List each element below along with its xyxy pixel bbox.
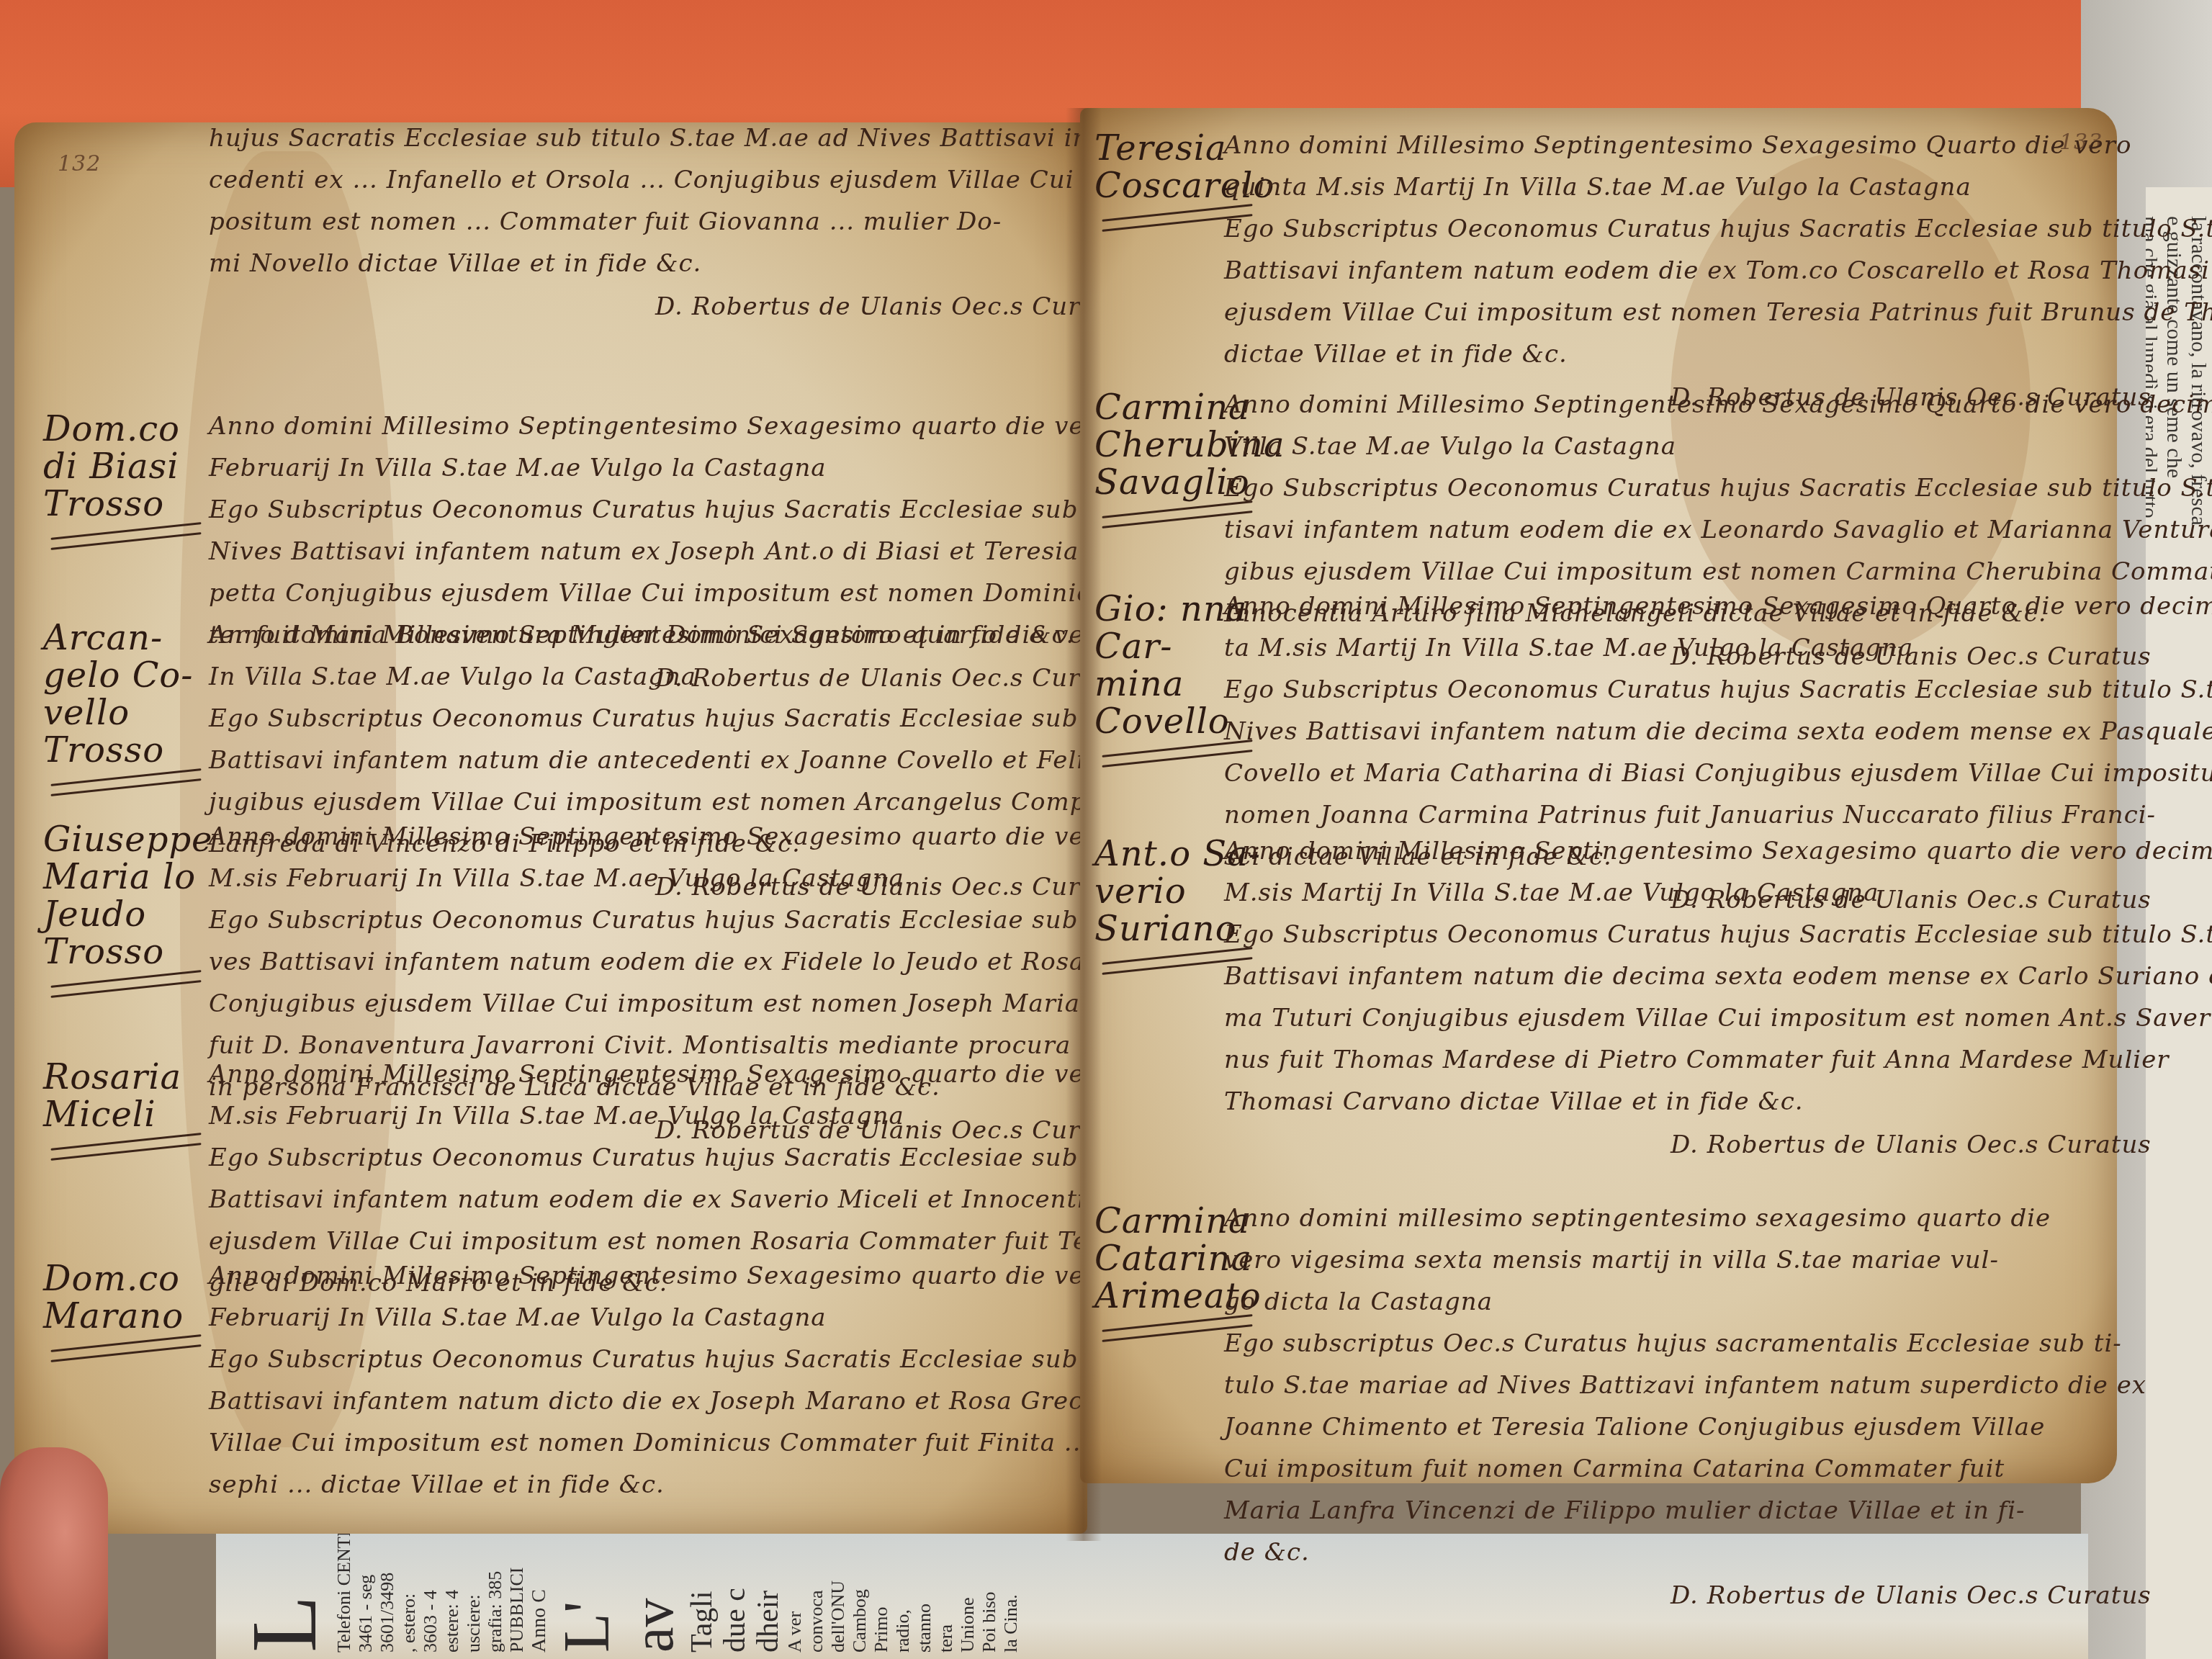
page-number: 132 [58, 151, 101, 176]
margin-name: Dom.coMarano [43, 1260, 184, 1335]
newspaper-fragment: L' [550, 1601, 624, 1653]
margin-divider-rule [50, 970, 201, 988]
entry-line: ma Tuturi Conjugibus ejusdem Villae Cui … [1224, 1002, 2212, 1034]
newspaper-fragment: Telefoni CENTRAL [333, 1534, 355, 1653]
entry-text: Anno domini Millesimo Septingentesimo Se… [1224, 130, 2212, 380]
newspaper-fragment: usciere: [463, 1594, 485, 1653]
register-page-left: 132 hujus Sacratis Ecclesiae sub titulo … [14, 122, 1087, 1534]
margin-name-line: gelo Co- [43, 657, 193, 694]
register-page-right: 133 TeresiaCoscareloAnno domini Millesim… [1080, 108, 2117, 1483]
holding-finger [0, 1447, 108, 1659]
entry-line: ta M.sis Martij In Villa S.tae M.ae Vulg… [1224, 632, 2212, 664]
entry-line: Ego Subscriptus Oeconomus Curatus hujus … [1224, 919, 2212, 950]
margin-name-line: Maria lo [43, 858, 213, 896]
entry-line: Anno domini Millesimo Septingentesimo Se… [1224, 130, 2212, 161]
margin-divider-rule [50, 522, 201, 540]
newspaper-fragment: due c [718, 1588, 752, 1653]
margin-name-line: Trosso [43, 485, 180, 523]
curate-signature: D. Robertus de Ulanis Oec.s Curatus [655, 292, 1136, 321]
entry-line: Ego Subscriptus Oeconomus Curatus hujus … [1224, 213, 2212, 245]
margin-name-line: Dom.co [43, 410, 180, 448]
entry-line: Battisavi infantem natum die decima sext… [1224, 961, 2212, 992]
entry-line: Anno domini Millesimo Septingentesimo Se… [1224, 590, 2212, 622]
newspaper-fragment: Anno C [528, 1589, 551, 1653]
margin-name: Dom.codi BiasiTrosso [43, 410, 180, 523]
entry-line: Battisavi infantem natum eodem die ex To… [1224, 255, 2212, 287]
entry-line: Anno domini millesimo septingentesimo se… [1224, 1202, 2146, 1234]
newspaper-fragment: la Cina. [1000, 1594, 1022, 1653]
newspaper-fragment: Primo [871, 1606, 892, 1653]
newspaper-fragment: convoca [806, 1590, 827, 1653]
entry-line: Ego subscriptus Oec.s Curatus hujus sacr… [1224, 1328, 2146, 1359]
entry-line: M.sis Martij In Villa S.tae M.ae Vulgo l… [1224, 877, 2212, 909]
entry-line: nus fuit Thomas Mardese di Pietro Commat… [1224, 1044, 2212, 1076]
margin-name: Arcan-gelo Co-velloTrosso [43, 619, 193, 769]
entry-text: Anno domini millesimo septingentesimo se… [1224, 1202, 2146, 1578]
margin-name-line: Jeudo [43, 896, 213, 933]
entry-line: Nives Battisavi infantem natum die decim… [1224, 716, 2212, 747]
newspaper-fragment: 3601/3498 [377, 1573, 398, 1653]
entry-line: Thomasi Carvano dictae Villae et in fide… [1224, 1086, 2212, 1118]
margin-name-line: Dom.co [43, 1260, 184, 1298]
curate-signature: D. Robertus de Ulanis Oec.s Curatus [1671, 1581, 2152, 1610]
entry-line: de &c. [1224, 1537, 2146, 1568]
margin-divider-rule [50, 1334, 201, 1352]
newspaper-fragment: dheir [751, 1591, 786, 1653]
entry-line: Ego Subscriptus Oeconomus Curatus hujus … [1224, 472, 2212, 504]
margin-name-line: Arcan- [43, 619, 193, 657]
margin-name-line: vello [43, 694, 193, 732]
newspaper-fragment: dell'ONU [827, 1581, 849, 1653]
book-gutter [1066, 108, 1102, 1541]
margin-name-line: di Biasi [43, 448, 180, 485]
newspaper-fragment: 3461 - seg [355, 1575, 377, 1653]
newspaper-fragment: Unione [957, 1597, 979, 1653]
entry-text: Anno domini Millesimo Septingentesimo Se… [1224, 835, 2212, 1128]
entry-line: tisavi infantem natum eodem die ex Leona… [1224, 514, 2212, 546]
newspaper-fragment: Tagli [685, 1591, 719, 1653]
entry-line: dictae Villae et in fide &c. [1224, 338, 2212, 370]
newspaper-fragment: A ver [784, 1611, 806, 1653]
entry-line: gibus ejusdem Villae Cui impositum est n… [1224, 556, 2212, 588]
margin-divider-rule [50, 1133, 201, 1151]
margin-name-line: Rosaria [43, 1058, 181, 1096]
margin-name: RosariaMiceli [43, 1058, 181, 1133]
entry-line: tulo S.tae mariae ad Nives Battizavi inf… [1224, 1370, 2146, 1401]
newspaper-fragment: grafia: 385 [485, 1571, 506, 1653]
entry-line: Ego Subscriptus Oeconomus Curatus hujus … [1224, 674, 2212, 706]
entry-line: Joanne Chimento et Teresia Talione Conju… [1224, 1411, 2146, 1443]
margin-name-line: Trosso [43, 933, 213, 971]
entry-line: nomen Joanna Carmina Patrinus fuit Janua… [1224, 799, 2212, 831]
entry-line: Maria Lanfra Vincenzi de Filippo mulier … [1224, 1495, 2146, 1527]
entry-line: go dicta la Castagna [1224, 1286, 2146, 1318]
margin-name-line: Giuseppe [43, 821, 213, 858]
entry-line: Villa S.tae M.ae Vulgo la Castagna [1224, 431, 2212, 462]
newspaper-fragment: 3603 - 4 [420, 1590, 441, 1653]
margin-name: GiuseppeMaria loJeudoTrosso [43, 821, 213, 971]
margin-name-line: Trosso [43, 732, 193, 769]
newspaper-fragment: , estero: [398, 1593, 420, 1653]
entry-line: Covello et Maria Catharina di Biasi Conj… [1224, 757, 2212, 789]
entry-line: Cui impositum fuit nomen Carmina Catarin… [1224, 1453, 2146, 1485]
entry-line: Anno domini Millesimo Septingentesimo Se… [1224, 835, 2212, 867]
newspaper-fragment: radio, [892, 1609, 914, 1653]
entry-line: vero vigesima sexta mensis martij in vil… [1224, 1244, 2146, 1276]
newspaper-fragment: PUBBLICI [506, 1568, 528, 1653]
entry-line: quinta M.sis Martij In Villa S.tae M.ae … [1224, 171, 2212, 203]
newspaper-fragment: av [621, 1598, 687, 1653]
newspaper-fragment: tera [935, 1624, 957, 1653]
margin-divider-rule [50, 768, 201, 786]
newspaper-fragment: L [230, 1596, 338, 1653]
newspaper-fragment: stanno [914, 1604, 935, 1653]
curate-signature: D. Robertus de Ulanis Oec.s Curatus [1671, 1130, 2152, 1159]
newspaper-fragment: estere: 4 [441, 1590, 463, 1653]
margin-name-line: Miceli [43, 1096, 181, 1133]
newspaper-fragment: Cambog [849, 1589, 871, 1653]
entry-line: Anno domini Millesimo Septingentesimo Se… [1224, 389, 2212, 421]
entry-line: ejusdem Villae Cui impositum est nomen T… [1224, 297, 2212, 328]
newspaper-fragment: Poi biso [979, 1591, 1000, 1653]
margin-name-line: Marano [43, 1298, 184, 1335]
